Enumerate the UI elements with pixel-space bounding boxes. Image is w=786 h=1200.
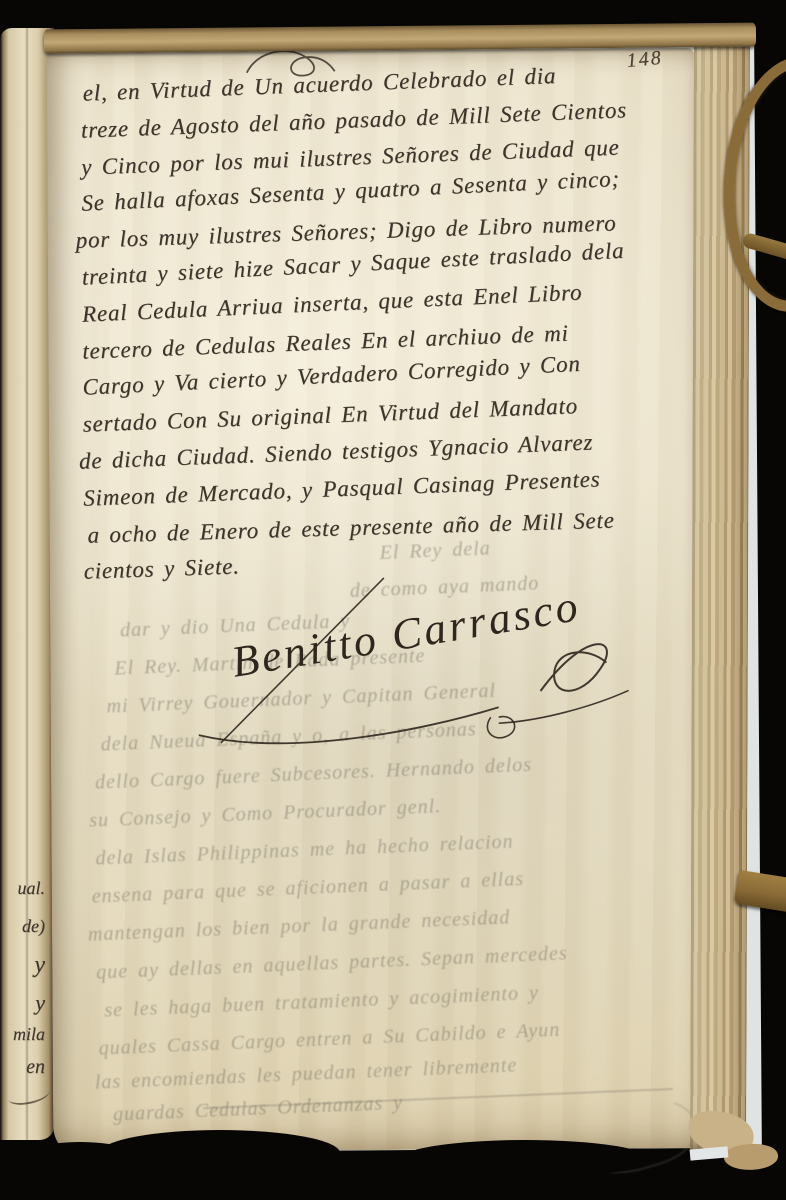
bleedthrough-line: quales Cassa Cargo entren a Su Cabildo e… (98, 1019, 560, 1061)
bleedthrough-line: las encomiendas les puedan tener libreme… (94, 1054, 517, 1094)
backing-peek (690, 1146, 729, 1160)
neighbor-fragment: en (26, 1056, 45, 1079)
bleedthrough-line: El Rey dela (379, 537, 491, 565)
bleedthrough-line: ensena para que se aficionen a pasar a e… (91, 868, 524, 909)
bleedthrough-line: dello Cargo fuere Subcesores. Hernando d… (95, 754, 533, 795)
torn-edge-shadow (20, 1142, 140, 1176)
manuscript-photo: ual. de) y y mila en 148 el, en Virtud d… (0, 0, 786, 1200)
adjacent-page-edge: ual. de) y y mila en (0, 28, 54, 1140)
bleedthrough-line: mantengan los bien por la grande necesid… (88, 906, 511, 946)
neighbor-flourish (7, 1083, 51, 1107)
neighbor-fragment: y (35, 990, 45, 1016)
bleedthrough-line: que ay dellas en aquellas partes. Sepan … (96, 942, 568, 984)
bleedthrough-line: dela Islas Philippinas me ha hecho relac… (95, 831, 514, 871)
signature-name: Benitto Carrasco (228, 581, 584, 687)
torn-edge-shadow (400, 1140, 650, 1178)
manuscript-text-block: el, en Virtud de Un acuerdo Celebrado el… (81, 72, 724, 591)
neighbor-fragment: y (34, 952, 45, 979)
signature: Benitto Carrasco (168, 570, 669, 758)
neighbor-fragment: ual. (17, 878, 45, 899)
bleedthrough-line: guardas Cedulas Ordenanzas y (113, 1092, 404, 1127)
neighbor-fragment: mila (13, 1024, 45, 1045)
manuscript-page: 148 el, en Virtud de Un acuerdo Celebrad… (47, 48, 702, 1152)
bleedthrough-line: se les haga buen tratamiento y acogimien… (104, 982, 539, 1023)
neighbor-fragment: de) (22, 916, 45, 937)
page-crease (26, 28, 28, 1140)
bleedthrough-line: su Consejo y Como Procurador genl. (89, 795, 442, 832)
